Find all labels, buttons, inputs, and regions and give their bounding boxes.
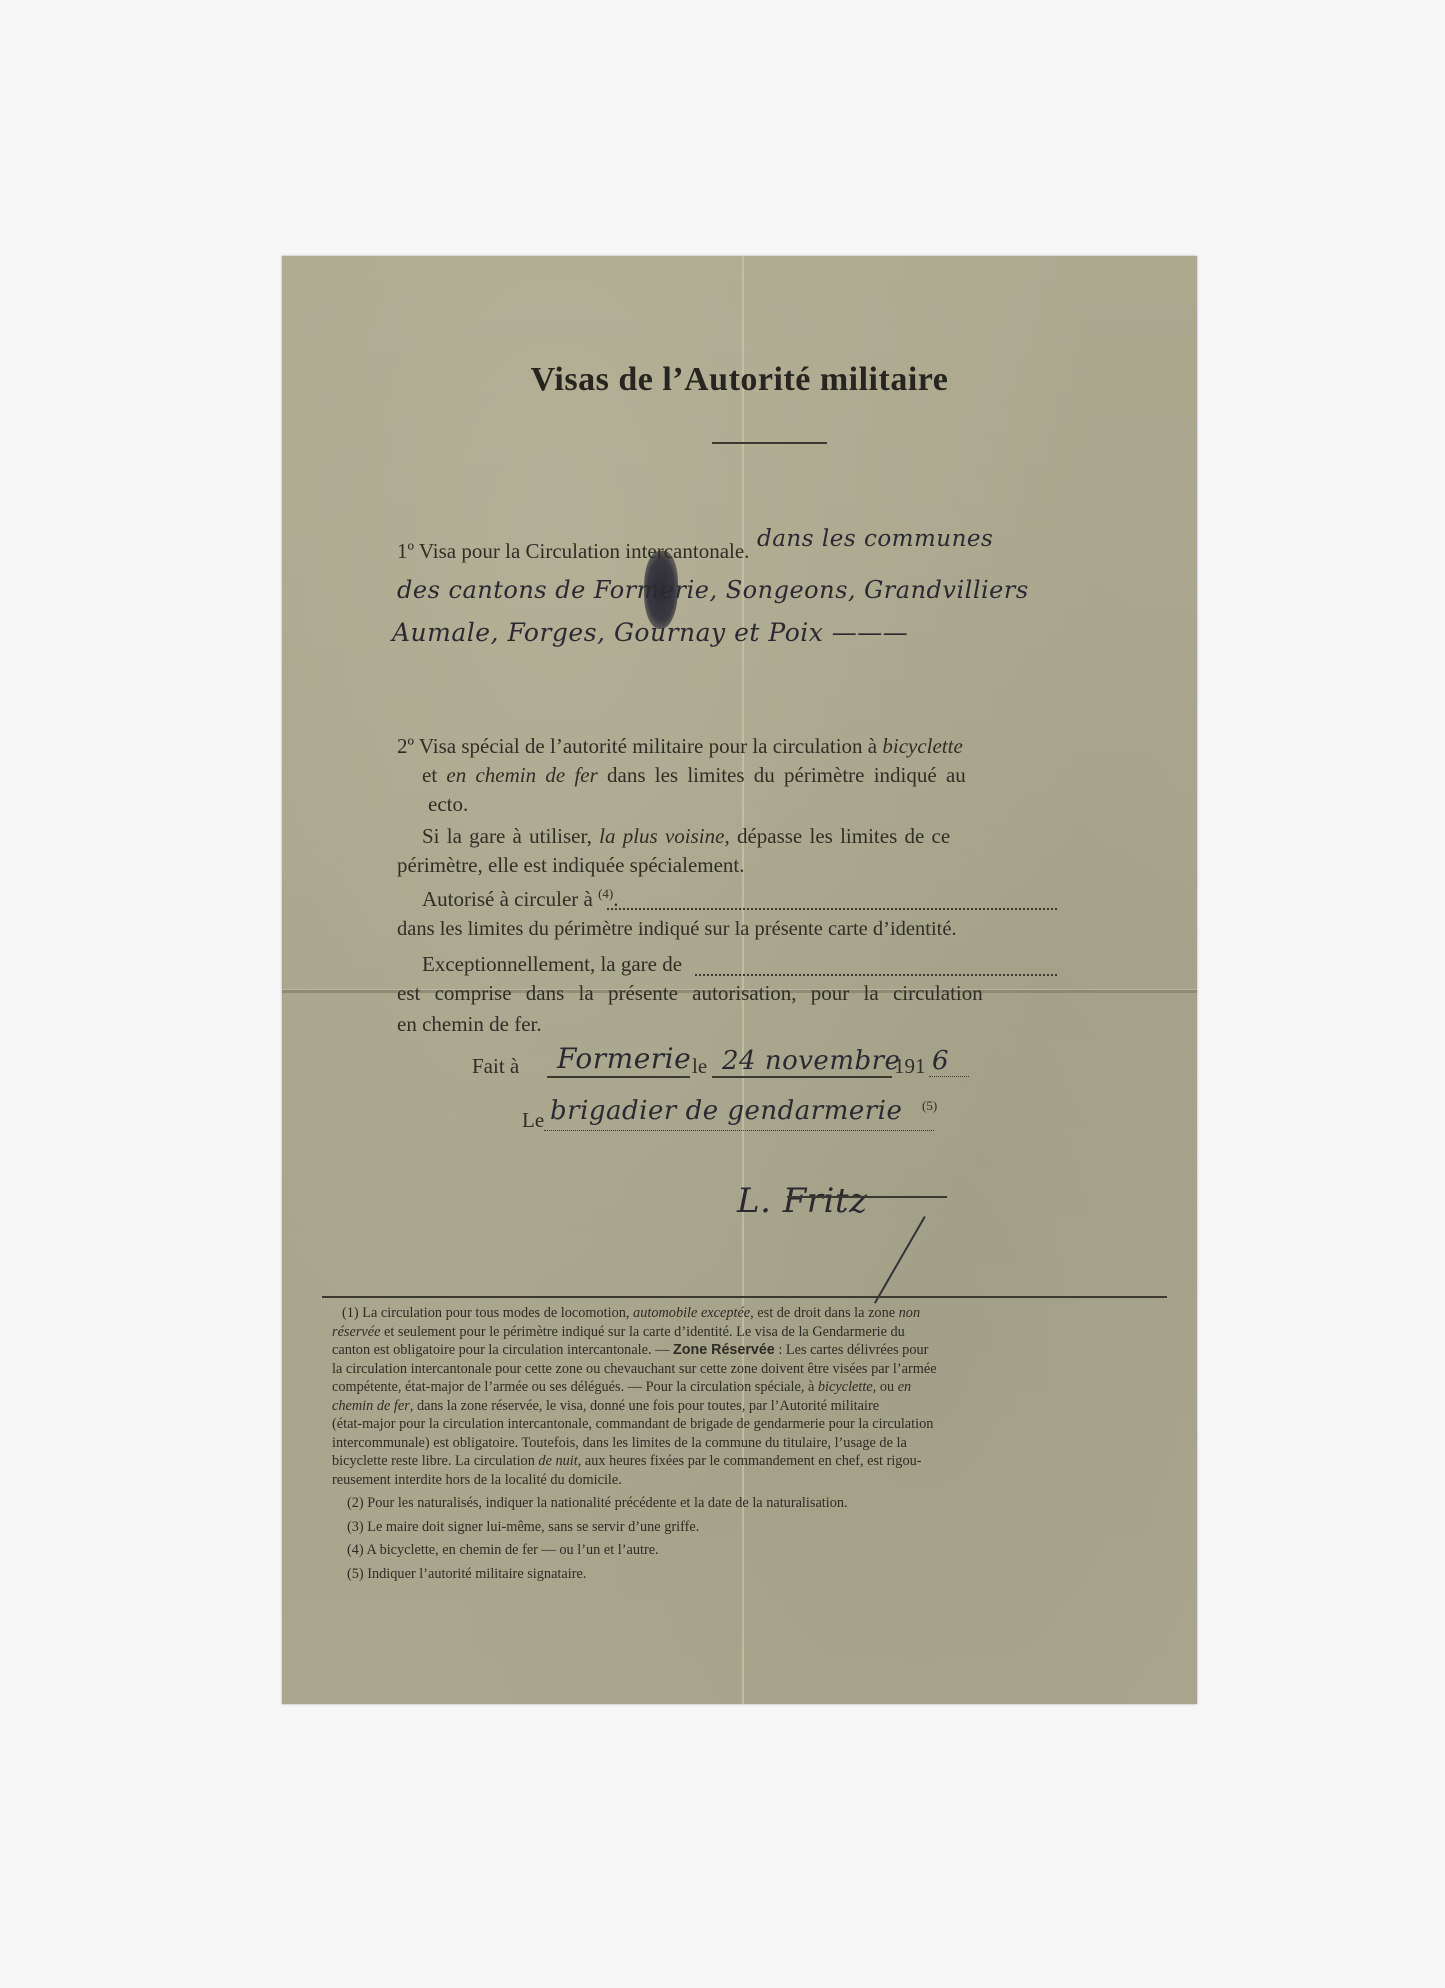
footnote-4: (4) A bicyclette, en chemin de fer — ou … [332, 1541, 1162, 1560]
section2-line4-text-a: Si la gare à utiliser, [422, 824, 599, 848]
note1-line3: canton est obligatoire pour la circulati… [332, 1341, 1162, 1360]
note1-text: : Les cartes délivrées pour [775, 1342, 929, 1358]
note1-italic: non [899, 1305, 920, 1321]
note1-line9: bicyclette reste libre. La circulation d… [332, 1452, 1162, 1471]
section2-line4-text-c: , dépasse les limites de ce [724, 824, 950, 848]
note1-text: compétente, état-major de l’armée ou ses… [332, 1379, 818, 1395]
note1-italic: de nuit [538, 1453, 577, 1469]
signer-label: Le [522, 1108, 544, 1133]
le-label: le [692, 1054, 707, 1079]
date-handwritten[interactable]: 24 novembre [722, 1046, 900, 1076]
year-handwritten[interactable]: 6 [932, 1046, 949, 1076]
section2-line5: périmètre, elle est indiquée spécialemen… [397, 853, 745, 878]
section2-line4: Si la gare à utiliser, la plus voisine, … [422, 824, 950, 849]
footnote-ref-4: (4) [598, 886, 613, 901]
section2-line7: dans les limites du périmètre indiqué su… [397, 918, 957, 941]
note1-text: , dans la zone réservée, le visa, donné … [410, 1398, 879, 1414]
chemin-de-fer-italic: en chemin de fer [446, 763, 597, 787]
note1-text: (1) La circulation pour tous modes de lo… [342, 1305, 633, 1321]
section2-line10: en chemin de fer. [397, 1012, 542, 1037]
zone-reservee-heading: Zone Réservée [673, 1342, 775, 1358]
note1-italic: chemin de fer [332, 1398, 410, 1414]
note1-italic: bicyclette [818, 1379, 873, 1395]
authorized-mode-field[interactable] [607, 908, 1057, 910]
section2-line2-text-c: dans les limites du périmètre indiqué au [598, 763, 966, 787]
section2-line9: est comprise dans la présente autorisati… [397, 981, 983, 1006]
plus-voisine-italic: la plus voisine [599, 824, 724, 848]
document-title: Visas de l’Autorité militaire [282, 361, 1197, 399]
note1-text: et seulement pour le périmètre indiqué s… [380, 1324, 904, 1340]
date-underline [712, 1076, 892, 1078]
note1-text: , aux heures fixées par le commandement … [578, 1453, 922, 1469]
exception-station-label: Exceptionnellement, la gare de [422, 952, 682, 977]
note1-italic: en [898, 1379, 912, 1395]
section1-handwritten-line1: dans les communes [757, 526, 993, 552]
title-underline [712, 442, 827, 444]
footnotes-separator [322, 1296, 1167, 1298]
section1-printed: 1º Visa pour la Circulation intercantona… [397, 539, 749, 564]
note1-line8: intercommunale) est obligatoire. Toutefo… [332, 1434, 1162, 1453]
note1-line6: chemin de fer, dans la zone réservée, le… [332, 1397, 1162, 1416]
footnote-3: (3) Le maire doit signer lui-même, sans … [332, 1518, 1162, 1537]
signer-title-handwritten[interactable]: brigadier de gendarmerie [550, 1096, 902, 1126]
note1-line5: compétente, état-major de l’armée ou ses… [332, 1378, 1162, 1397]
section2-line2: et en chemin de fer dans les limites du … [422, 763, 966, 788]
military-visa-document: Visas de l’Autorité militaire 1º Visa po… [282, 256, 1197, 1704]
note1-text: , est de droit dans la zone [750, 1305, 898, 1321]
authorized-to-circulate: Autorisé à circuler à (4). [422, 886, 619, 912]
note1-line10: reusement interdite hors de la localité … [332, 1471, 1162, 1490]
section2-line1: 2º Visa spécial de l’autorité militaire … [397, 734, 963, 759]
note1-text: bicyclette reste libre. La circulation [332, 1453, 538, 1469]
note1-italic: automobile exceptée [633, 1305, 750, 1321]
footnotes: (1) La circulation pour tous modes de lo… [332, 1304, 1162, 1583]
signature-flourish [874, 1216, 926, 1304]
note1-text: , ou [873, 1379, 898, 1395]
note1-line7: (état-major pour la circulation intercan… [332, 1415, 1162, 1434]
section2-line2-text-a: et [422, 763, 446, 787]
fait-a-label: Fait à [472, 1054, 519, 1079]
year-dotted-line [929, 1076, 969, 1077]
exception-station-field[interactable] [695, 974, 1057, 976]
section2-line3: ecto. [428, 792, 468, 817]
section2-line1-text: 2º Visa spécial de l’autorité militaire … [397, 734, 882, 758]
note1-text: canton est obligatoire pour la circulati… [332, 1342, 673, 1358]
note1-line1: (1) La circulation pour tous modes de lo… [332, 1304, 1162, 1323]
place-handwritten[interactable]: Formerie [557, 1042, 691, 1075]
year-printed: 191 [894, 1054, 926, 1079]
note1-line4: la circulation intercantonale pour cette… [332, 1360, 1162, 1379]
signature: L. Fritz [737, 1181, 868, 1221]
signature-overline [787, 1196, 947, 1198]
bicyclette-italic: bicyclette [882, 734, 962, 758]
section1-handwritten-line2: des cantons de Formerie, Songeons, Grand… [397, 576, 1029, 604]
note1-line2: réservée et seulement pour le périmètre … [332, 1323, 1162, 1342]
authorized-label: Autorisé à circuler à [422, 887, 593, 911]
section1-handwritten-line3: Aumale, Forges, Gournay et Poix ——— [392, 618, 908, 647]
note1-italic: réservée [332, 1324, 380, 1340]
footnote-2: (2) Pour les naturalisés, indiquer la na… [332, 1494, 1162, 1513]
signer-dotted-line [544, 1130, 934, 1131]
footnote-5: (5) Indiquer l’autorité militaire signat… [332, 1565, 1162, 1584]
place-underline [547, 1076, 690, 1078]
footnote-ref-5: (5) [922, 1098, 937, 1114]
